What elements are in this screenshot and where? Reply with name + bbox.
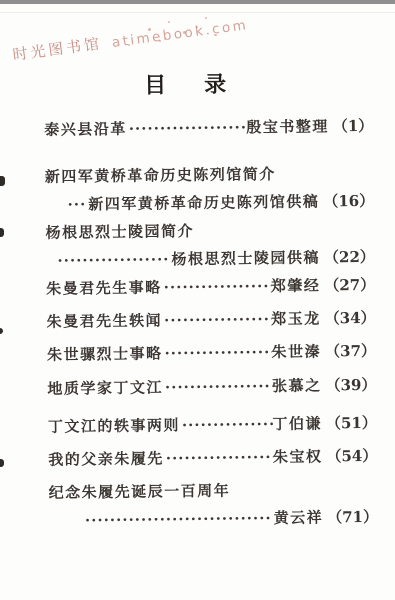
leader-dots: ········································… <box>162 305 271 334</box>
toc-entry: 泰兴县沿革 ··································… <box>44 112 373 144</box>
entry-page-number: （39） <box>325 371 376 400</box>
toc-entry: 杨根思烈士陵园简介 ·················· 杨根思烈士陵园供稿 （… <box>45 215 375 275</box>
entry-page-number: （34） <box>325 304 376 333</box>
toc-entry: 朱世骡烈士事略 ································… <box>47 337 376 369</box>
toc-entry: 地质学家丁文江 ································… <box>47 371 376 403</box>
title-char-mu: 目 <box>144 72 166 98</box>
entry-page-number: （54） <box>326 442 377 471</box>
entry-title: 丁文江的轶事两则 <box>48 411 180 441</box>
entry-author: 张慕之 <box>272 371 322 400</box>
entry-title: 新四军黄桥革命历史陈列馆简介 <box>45 160 276 191</box>
entry-title: 泰兴县沿革 <box>44 115 127 144</box>
entry-author: 黄云祥 <box>273 503 323 532</box>
entry-author: 郑肇经 <box>271 272 321 301</box>
scanned-page: 时光图书馆atimebook.com 目录 泰兴县沿革 ············… <box>0 0 395 600</box>
entry-author: 殷宝书整理 <box>246 112 329 141</box>
toc-entry: 朱曼君先生事略 ································… <box>46 271 375 303</box>
entry-page-number: （51） <box>326 409 377 438</box>
leader-dots: ········································… <box>162 338 271 367</box>
entry-author: 新四军黄桥革命历史陈列馆供稿 <box>88 188 319 219</box>
leader-dots: ········································… <box>127 113 247 142</box>
leader-dots: ········································… <box>162 272 271 301</box>
entry-page-number: （27） <box>324 271 375 300</box>
leader-dots: ······························ <box>85 504 274 534</box>
page-title: 目录 <box>0 66 383 102</box>
entry-author: 朱世溱 <box>271 337 321 366</box>
entry-page-number: （16） <box>323 187 374 216</box>
entry-title: 朱曼君先生轶闻 <box>46 306 162 335</box>
entry-title: 朱曼君先生事略 <box>46 273 162 302</box>
entry-page-number: （22） <box>324 243 375 272</box>
toc-entry: 丁文江的轶事两则 ·······························… <box>48 409 377 441</box>
toc-entry: 新四军黄桥革命历史陈列馆简介 ··· 新四军黄桥革命历史陈列馆供稿 （16） <box>45 159 375 219</box>
leader-dots: ·················· <box>57 245 171 274</box>
entry-author: 杨根思烈士陵园供稿 <box>171 244 320 274</box>
toc-entry: 我的父亲朱履先 ································… <box>48 442 377 474</box>
leader-dots: ··· <box>67 190 88 218</box>
entry-title: 纪念朱履先诞辰一百周年 <box>49 477 231 507</box>
entry-author: 郑玉龙 <box>271 304 321 333</box>
entry-title: 我的父亲朱履先 <box>48 444 164 473</box>
title-char-lu: 录 <box>204 72 226 98</box>
entry-page-number: （71） <box>327 503 378 532</box>
entry-page-number: （1） <box>333 112 374 140</box>
leader-dots: ········································… <box>180 410 273 439</box>
leader-dots: ········································… <box>164 443 273 472</box>
entry-author: 朱宝权 <box>273 442 323 471</box>
entry-author: 丁伯谦 <box>272 409 322 438</box>
entry-title: 朱世骡烈士事略 <box>47 339 163 368</box>
leader-dots: ········································… <box>163 372 272 401</box>
entry-title: 杨根思烈士陵园简介 <box>45 217 194 247</box>
toc-entry: 朱曼君先生轶闻 ································… <box>46 304 375 336</box>
toc-entry: 纪念朱履先诞辰一百周年 ····························… <box>49 475 379 535</box>
toc-list: 泰兴县沿革 ··································… <box>0 112 395 536</box>
toc-content: 目录 泰兴县沿革 ·······························… <box>0 2 395 541</box>
entry-page-number: （37） <box>325 337 376 366</box>
entry-title: 地质学家丁文江 <box>47 373 163 402</box>
